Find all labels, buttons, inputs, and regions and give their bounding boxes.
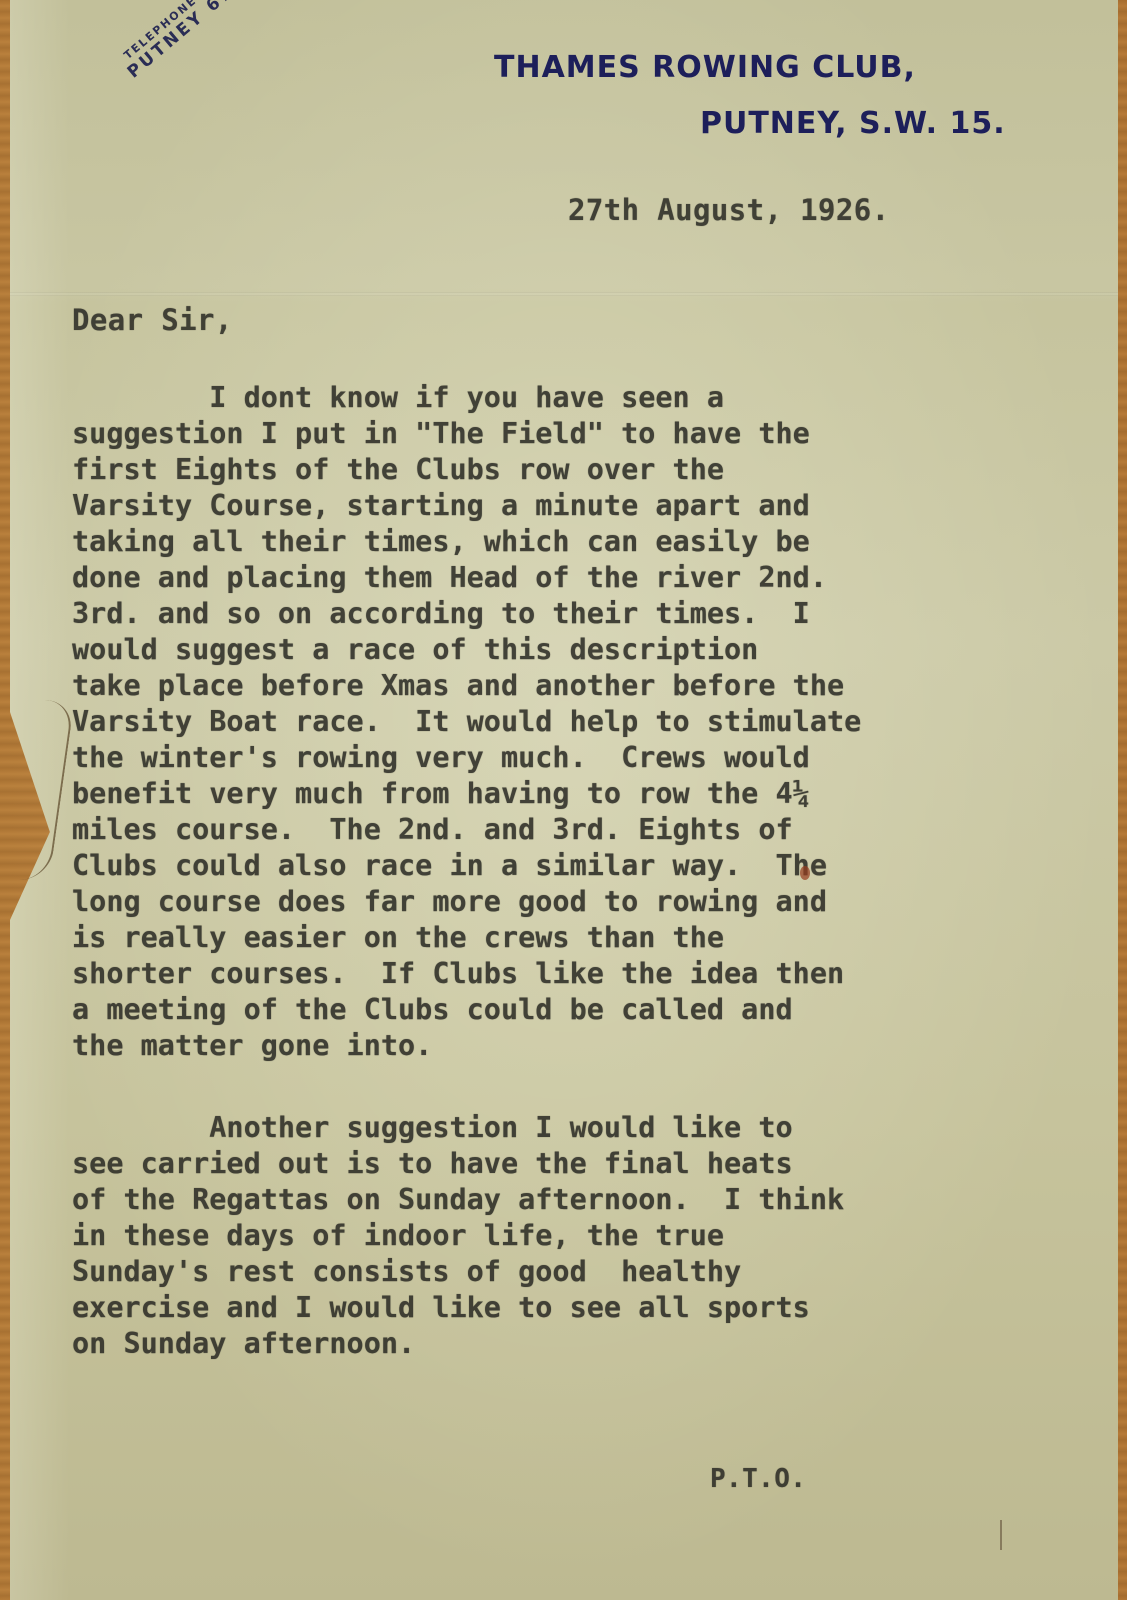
text-line: miles course. The 2nd. and 3rd. Eights o… [72, 812, 861, 848]
text-line: 3rd. and so on according to their times.… [72, 596, 861, 632]
text-line: would suggest a race of this description [72, 632, 861, 668]
paragraph-1: I dont know if you have seen asuggestion… [72, 380, 861, 1064]
text-line: the matter gone into. [72, 1028, 861, 1064]
text-line: taking all their times, which can easily… [72, 524, 861, 560]
text-line: of the Regattas on Sunday afternoon. I t… [72, 1182, 844, 1218]
text-line: Another suggestion I would like to [72, 1110, 844, 1146]
text-line: Clubs could also race in a similar way. … [72, 848, 861, 884]
text-line: on Sunday afternoon. [72, 1326, 844, 1362]
text-line: benefit very much from having to row the… [72, 776, 861, 812]
letter-date: 27th August, 1926. [568, 193, 889, 227]
text-line: Sunday's rest consists of good healthy [72, 1254, 844, 1290]
text-line: suggestion I put in "The Field" to have … [72, 416, 861, 452]
club-name: THAMES ROWING CLUB, [494, 50, 916, 85]
text-line: exercise and I would like to see all spo… [72, 1290, 844, 1326]
text-line: shorter courses. If Clubs like the idea … [72, 956, 861, 992]
salutation: Dear Sir, [72, 303, 233, 337]
paragraph-2: Another suggestion I would like tosee ca… [72, 1110, 844, 1362]
please-turn-over-note: P.T.O. [710, 1464, 806, 1494]
text-line: a meeting of the Clubs could be called a… [72, 992, 861, 1028]
text-line: the winter's rowing very much. Crews wou… [72, 740, 861, 776]
text-line: done and placing them Head of the river … [72, 560, 861, 596]
ink-stain [800, 866, 810, 880]
text-line: first Eights of the Clubs row over the [72, 452, 861, 488]
text-line: Varsity Course, starting a minute apart … [72, 488, 861, 524]
text-line: is really easier on the crews than the [72, 920, 861, 956]
pencil-mark [1000, 1520, 1002, 1550]
club-address: PUTNEY, S.W. 15. [700, 106, 1006, 141]
text-line: in these days of indoor life, the true [72, 1218, 844, 1254]
paper-fold-line [10, 292, 1118, 296]
text-line: I dont know if you have seen a [72, 380, 861, 416]
text-line: Varsity Boat race. It would help to stim… [72, 704, 861, 740]
text-line: long course does far more good to rowing… [72, 884, 861, 920]
text-line: see carried out is to have the final hea… [72, 1146, 844, 1182]
text-line: take place before Xmas and another befor… [72, 668, 861, 704]
